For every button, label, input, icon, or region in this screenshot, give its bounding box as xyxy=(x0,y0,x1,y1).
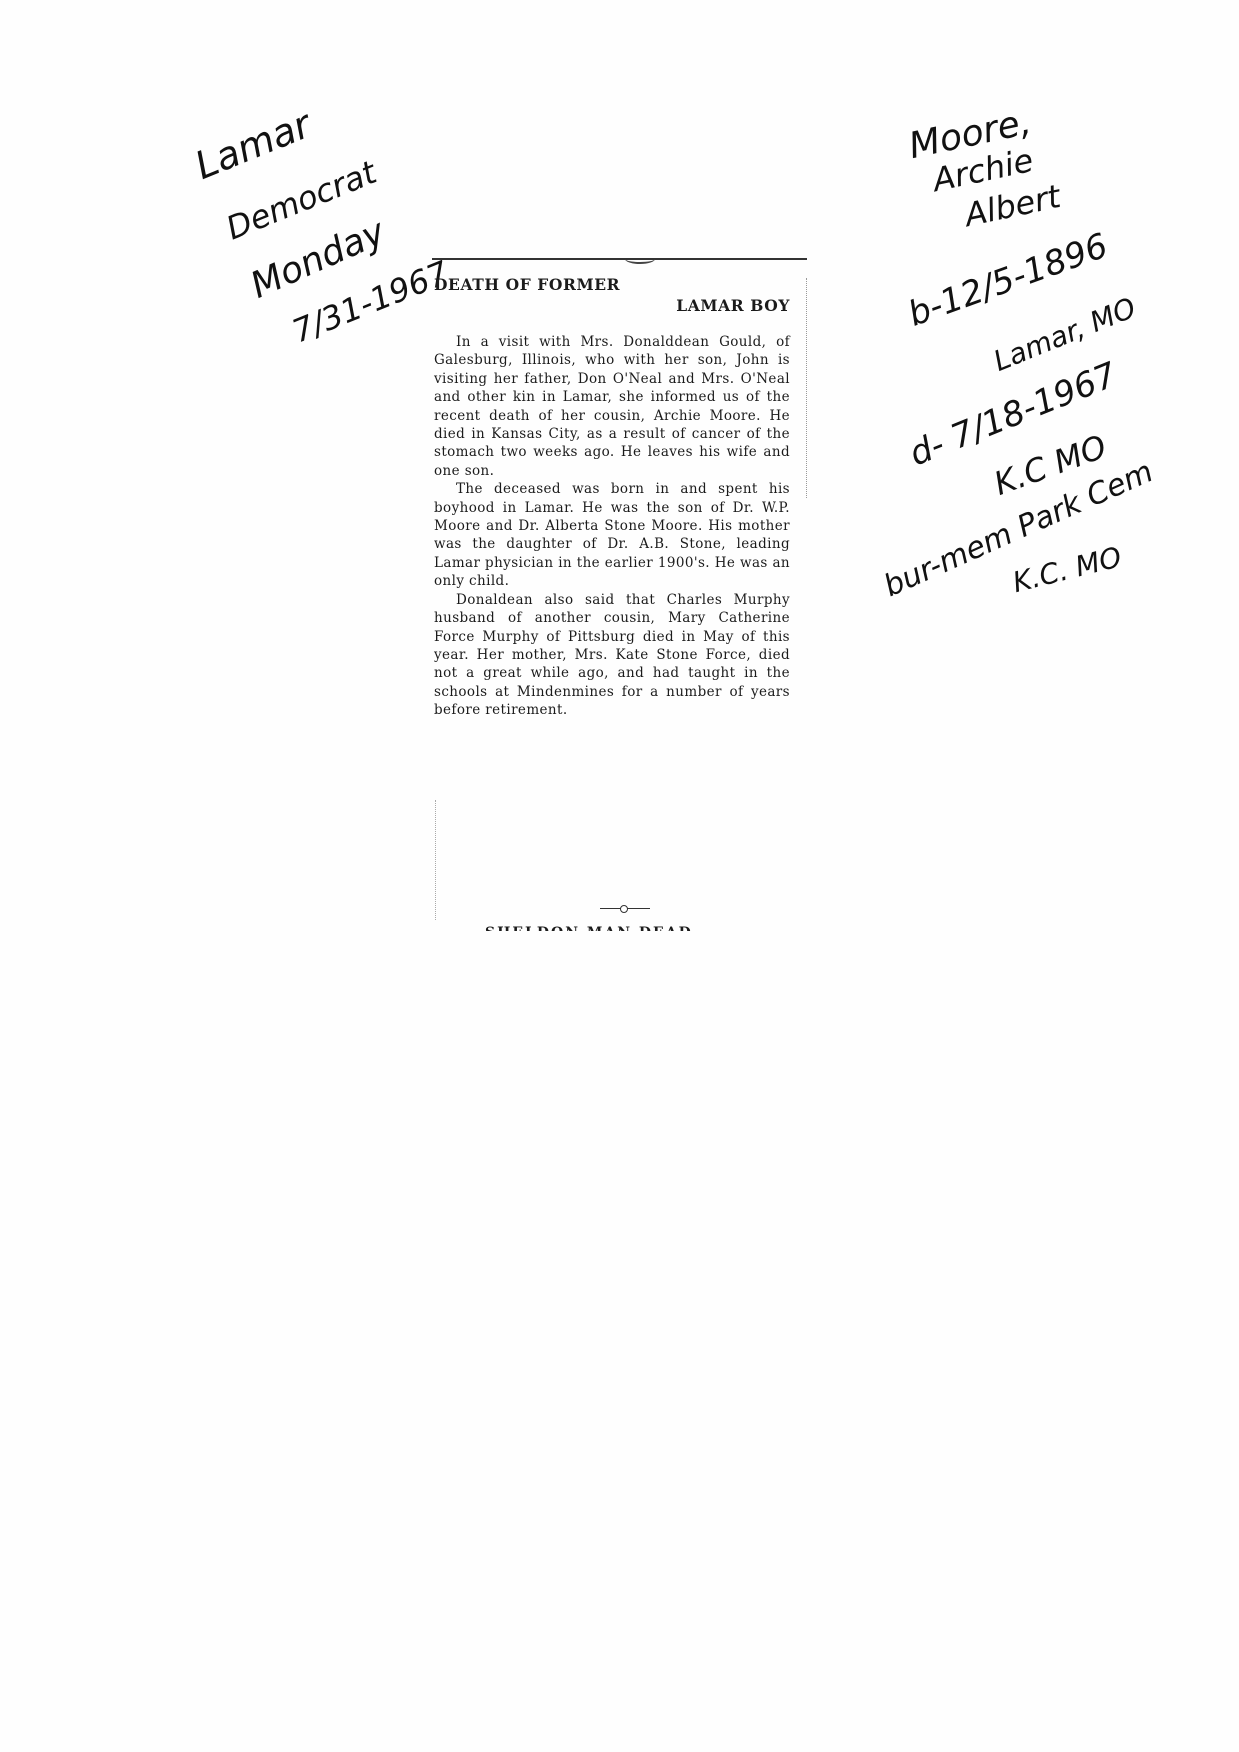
clipping-edge-marks xyxy=(435,800,440,920)
rule-ornament xyxy=(625,254,655,264)
headline-line-2: LAMAR BOY xyxy=(434,295,794,316)
article-paragraph: The deceased was born in and spent his b… xyxy=(434,480,790,590)
scanned-page: Lamar Democrat Monday 7/31-1967 Moore, A… xyxy=(0,0,1239,1752)
clipping-edge-marks xyxy=(806,278,811,498)
article-paragraph: In a visit with Mrs. Donalddean Gould, o… xyxy=(434,333,790,480)
note-line: Lamar xyxy=(190,105,316,185)
next-article-fragment: SHELDON MAN DEAD xyxy=(485,923,745,931)
article-paragraph: Donaldean also said that Charles Murphy … xyxy=(434,591,790,720)
note-birth-place: Lamar, MO xyxy=(990,294,1140,376)
article-headline: DEATH OF FORMER LAMAR BOY xyxy=(434,274,794,316)
headline-line-1: DEATH OF FORMER xyxy=(434,274,794,295)
handwritten-source-note: Lamar xyxy=(190,105,316,185)
article-end-divider xyxy=(600,908,650,909)
top-rule xyxy=(432,258,807,260)
note-burial-place: K.C. MO xyxy=(1010,543,1124,597)
article-body: In a visit with Mrs. Donalddean Gould, o… xyxy=(434,333,790,720)
